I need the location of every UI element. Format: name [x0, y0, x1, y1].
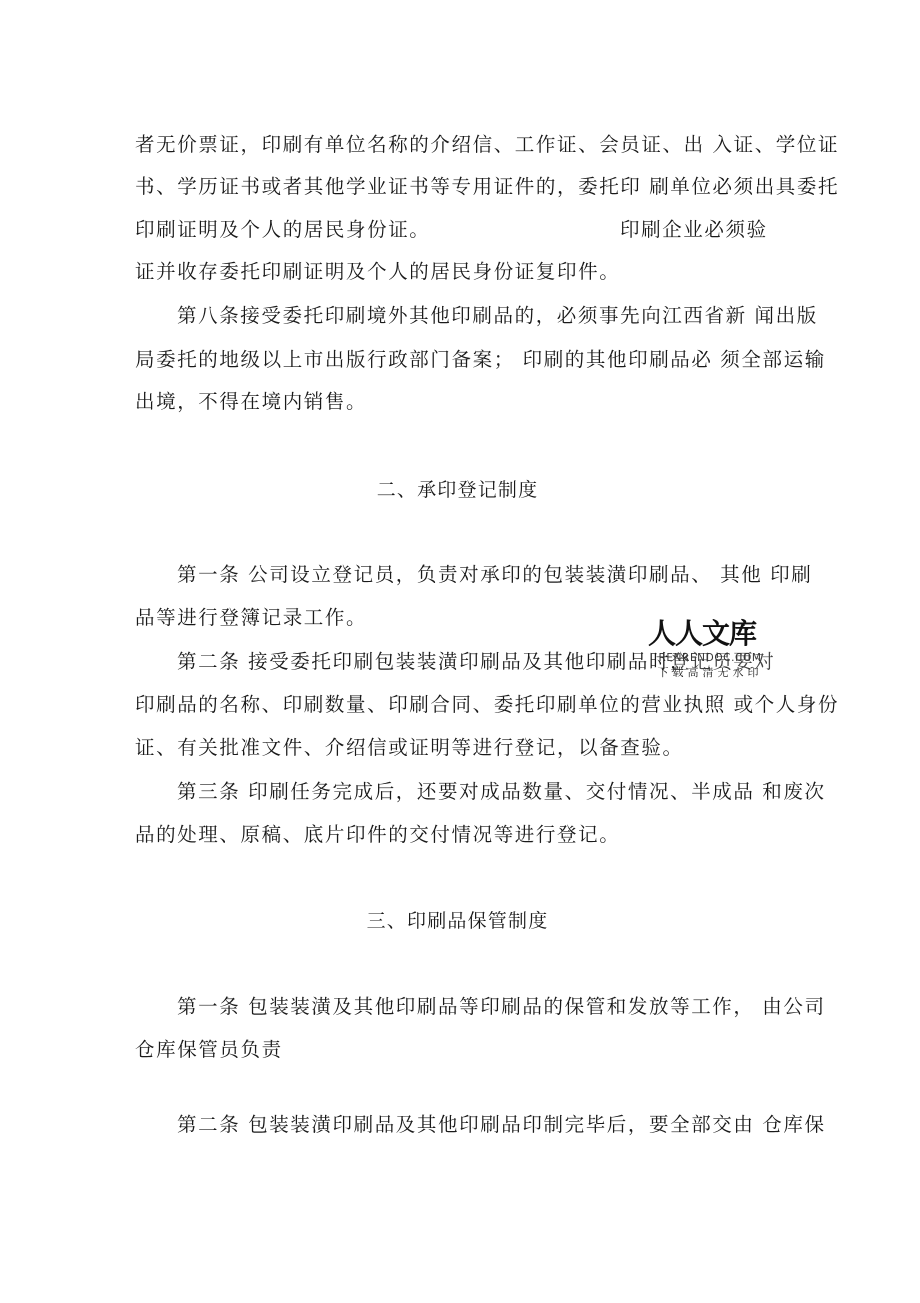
section-2-article-1-line: 第一条 公司设立登记员，负责对承印的包装装潢印刷品、 其他 印刷 [135, 563, 827, 587]
document-page: 者无价票证，印刷有单位名称的介绍信、工作证、会员证、出 入证、学位证 书、学历证… [0, 0, 920, 1303]
section-2-article-3-line: 第三条 印刷任务完成后，还要对成品数量、交付情况、半成品 和废次 [135, 780, 827, 804]
section-2-article-2-line: 印刷品的名称、印刷数量、印刷合同、委托印刷单位的营业执照 或个人身份 [135, 693, 785, 717]
article-8-line: 局委托的地级以上市出版行政部门备案； 印刷的其他印刷品必 须全部运输 [135, 348, 785, 372]
section-3-article-1-line: 仓库保管员负责 [135, 1038, 785, 1062]
section-3-article-1-line: 第一条 包装装潢及其他印刷品等印刷品的保管和发放等工作， 由公司 [135, 995, 827, 1019]
section-3-article-2-line: 第二条 包装装潢印刷品及其他印刷品印制完毕后，要全部交由 仓库保 [135, 1113, 827, 1137]
section-2-article-1-line: 品等进行登簿记录工作。 [135, 606, 785, 630]
article-8-line: 第八条接受委托印刷境外其他印刷品的，必须事先向江西省新 闻出版 [135, 304, 827, 328]
section-heading: 二、承印登记制度 [0, 478, 915, 502]
section-heading: 三、印刷品保管制度 [0, 909, 915, 933]
paragraph-line: 印刷企业必须验 [620, 218, 800, 242]
paragraph-line: 书、学历证书或者其他学业证书等专用证件的，委托印 刷单位必须出具委托 [135, 175, 785, 199]
section-2-article-2-line-obscured: 登记员要对 [670, 650, 790, 674]
article-8-line: 出境，不得在境内销售。 [135, 390, 785, 414]
section-2-article-2-line: 证、有关批准文件、介绍信或证明等进行登记，以备查验。 [135, 736, 785, 760]
section-2-article-3-line: 品的处理、原稿、底片印件的交付情况等进行登记。 [135, 823, 785, 847]
paragraph-line: 证并收存委托印刷证明及个人的居民身份证复印件。 [135, 260, 785, 284]
paragraph-line: 者无价票证，印刷有单位名称的介绍信、工作证、会员证、出 入证、学位证 [135, 133, 785, 157]
